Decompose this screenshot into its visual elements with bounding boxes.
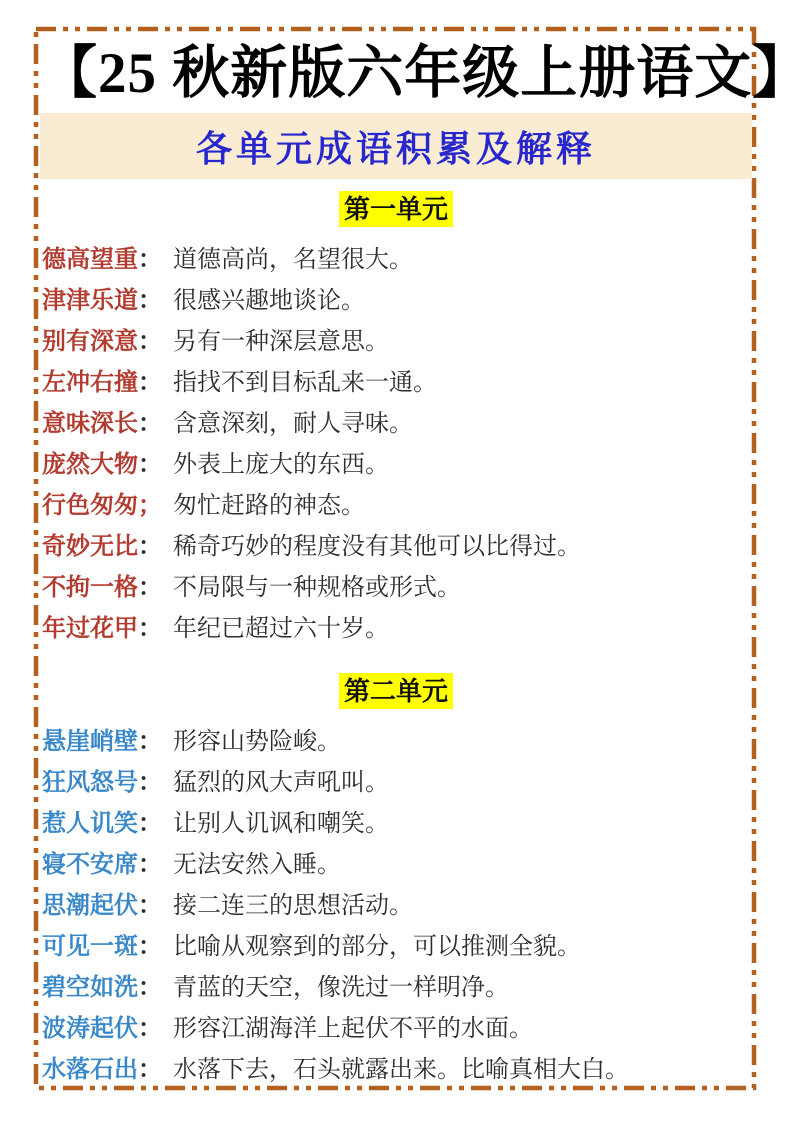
subtitle-band: 各单元成语积累及解释 xyxy=(40,113,752,179)
idiom-row: 狂风怒号：猛烈的风大声吼叫。 xyxy=(42,762,752,803)
document-page: 【25 秋新版六年级上册语文】 各单元成语积累及解释 第一单元 德高望重：道德高… xyxy=(0,0,793,1122)
idiom-definition: 比喻从观察到的部分，可以推测全貌。 xyxy=(173,933,581,960)
idiom-row: 思潮起伏：接二连三的思想活动。 xyxy=(42,885,752,926)
idiom-definition: 很感兴趣地谈论。 xyxy=(173,287,365,314)
idiom-term: 悬崖峭壁 xyxy=(42,728,138,755)
idiom-row: 悬崖峭壁：形容山势险峻。 xyxy=(42,721,752,762)
idiom-definition: 猛烈的风大声吼叫。 xyxy=(173,769,389,796)
idiom-definition: 形容山势险峻。 xyxy=(173,728,341,755)
idiom-definition: 形容江湖海洋上起伏不平的水面。 xyxy=(173,1015,533,1042)
idiom-separator: ： xyxy=(138,769,162,796)
idiom-term: 行色匆匆； xyxy=(42,492,162,519)
idiom-definition: 含意深刻，耐人寻味。 xyxy=(173,410,413,437)
idiom-term: 不拘一格 xyxy=(42,574,138,601)
idiom-separator: ： xyxy=(138,369,162,396)
idiom-definition: 无法安然入睡。 xyxy=(173,851,341,878)
section-unit-2: 第二单元 悬崖峭壁：形容山势险峻。 狂风怒号：猛烈的风大声吼叫。 惹人讥笑：让别… xyxy=(40,673,752,1090)
idiom-separator: ： xyxy=(138,328,162,355)
idiom-definition: 稀奇巧妙的程度没有其他可以比得过。 xyxy=(173,533,581,560)
idiom-term: 德高望重 xyxy=(42,246,138,273)
idiom-separator: ： xyxy=(138,851,162,878)
idiom-list-unit-1: 德高望重：道德高尚，名望很大。 津津乐道：很感兴趣地谈论。 别有深意：另有一种深… xyxy=(40,239,752,649)
idiom-definition: 年纪已超过六十岁。 xyxy=(173,615,389,642)
idiom-separator: ： xyxy=(138,810,162,837)
idiom-term: 水落石出 xyxy=(42,1056,138,1083)
page-content: 【25 秋新版六年级上册语文】 各单元成语积累及解释 第一单元 德高望重：道德高… xyxy=(40,38,752,1090)
idiom-row: 水落石出：水落下去，石头就露出来。比喻真相大白。 xyxy=(42,1049,752,1090)
idiom-term: 意味深长 xyxy=(42,410,138,437)
idiom-row: 可见一斑：比喻从观察到的部分，可以推测全貌。 xyxy=(42,926,752,967)
section-heading: 第一单元 xyxy=(339,191,453,227)
idiom-separator: ： xyxy=(138,1056,162,1083)
idiom-separator: ： xyxy=(138,933,162,960)
idiom-term: 奇妙无比 xyxy=(42,533,138,560)
section-heading-wrap: 第二单元 xyxy=(40,673,752,713)
idiom-separator: ： xyxy=(138,728,162,755)
idiom-term: 寝不安席 xyxy=(42,851,138,878)
idiom-separator: ： xyxy=(138,615,162,642)
idiom-separator: ： xyxy=(138,974,162,1001)
idiom-row: 庞然大物：外表上庞大的东西。 xyxy=(42,444,752,485)
section-heading: 第二单元 xyxy=(339,673,453,709)
idiom-row: 年过花甲：年纪已超过六十岁。 xyxy=(42,608,752,649)
idiom-definition: 外表上庞大的东西。 xyxy=(173,451,389,478)
idiom-row: 寝不安席：无法安然入睡。 xyxy=(42,844,752,885)
idiom-row: 不拘一格：不局限与一种规格或形式。 xyxy=(42,567,752,608)
idiom-row: 碧空如洗：青蓝的天空，像洗过一样明净。 xyxy=(42,967,752,1008)
idiom-definition: 青蓝的天空，像洗过一样明净。 xyxy=(173,974,509,1001)
idiom-definition: 指找不到目标乱来一通。 xyxy=(173,369,437,396)
idiom-row: 别有深意：另有一种深层意思。 xyxy=(42,321,752,362)
idiom-row: 津津乐道：很感兴趣地谈论。 xyxy=(42,280,752,321)
idiom-term: 波涛起伏 xyxy=(42,1015,138,1042)
idiom-term: 年过花甲 xyxy=(42,615,138,642)
idiom-separator: ： xyxy=(138,246,162,273)
idiom-row: 波涛起伏：形容江湖海洋上起伏不平的水面。 xyxy=(42,1008,752,1049)
idiom-separator: ： xyxy=(138,451,162,478)
idiom-definition: 道德高尚，名望很大。 xyxy=(173,246,413,273)
idiom-definition: 不局限与一种规格或形式。 xyxy=(173,574,461,601)
idiom-term: 狂风怒号 xyxy=(42,769,138,796)
idiom-definition: 水落下去，石头就露出来。比喻真相大白。 xyxy=(173,1056,629,1083)
idiom-term: 左冲右撞 xyxy=(42,369,138,396)
idiom-row: 奇妙无比：稀奇巧妙的程度没有其他可以比得过。 xyxy=(42,526,752,567)
section-heading-wrap: 第一单元 xyxy=(40,191,752,231)
idiom-list-unit-2: 悬崖峭壁：形容山势险峻。 狂风怒号：猛烈的风大声吼叫。 惹人讥笑：让别人讥讽和嘲… xyxy=(40,721,752,1090)
idiom-term: 惹人讥笑 xyxy=(42,810,138,837)
idiom-separator: ： xyxy=(138,574,162,601)
page-title: 【25 秋新版六年级上册语文】 xyxy=(40,38,752,110)
idiom-term: 碧空如洗 xyxy=(42,974,138,1001)
idiom-term: 津津乐道 xyxy=(42,287,138,314)
idiom-separator: ： xyxy=(138,287,162,314)
idiom-separator: ： xyxy=(138,410,162,437)
idiom-row: 左冲右撞：指找不到目标乱来一通。 xyxy=(42,362,752,403)
idiom-row: 行色匆匆；匆忙赶路的神态。 xyxy=(42,485,752,526)
idiom-separator: ： xyxy=(138,1015,162,1042)
page-subtitle: 各单元成语积累及解释 xyxy=(196,121,596,172)
idiom-row: 惹人讥笑：让别人讥讽和嘲笑。 xyxy=(42,803,752,844)
idiom-row: 德高望重：道德高尚，名望很大。 xyxy=(42,239,752,280)
idiom-definition: 另有一种深层意思。 xyxy=(173,328,389,355)
idiom-term: 可见一斑 xyxy=(42,933,138,960)
section-unit-1: 第一单元 德高望重：道德高尚，名望很大。 津津乐道：很感兴趣地谈论。 别有深意：… xyxy=(40,191,752,649)
idiom-term: 别有深意 xyxy=(42,328,138,355)
idiom-term: 思潮起伏 xyxy=(42,892,138,919)
idiom-definition: 匆忙赶路的神态。 xyxy=(173,492,365,519)
idiom-separator: ： xyxy=(138,533,162,560)
idiom-definition: 让别人讥讽和嘲笑。 xyxy=(173,810,389,837)
idiom-separator: ： xyxy=(138,892,162,919)
idiom-term: 庞然大物 xyxy=(42,451,138,478)
idiom-definition: 接二连三的思想活动。 xyxy=(173,892,413,919)
idiom-row: 意味深长：含意深刻，耐人寻味。 xyxy=(42,403,752,444)
